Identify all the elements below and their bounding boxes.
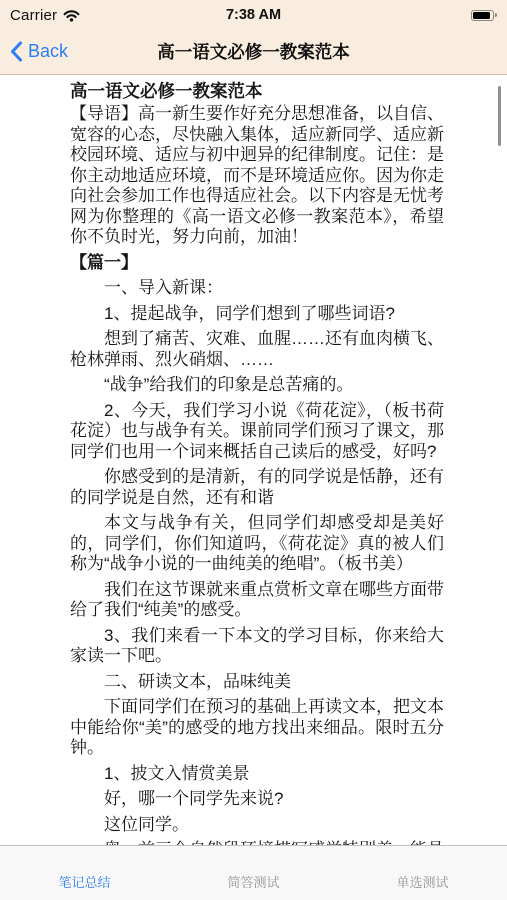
document-paragraph: 好，哪一个同学先来说?	[70, 789, 444, 810]
document-scroll-area[interactable]: 高一语文必修一教案范本 【导语】高一新生要作好充分思想准备，以自信、宽容的心态，…	[0, 75, 507, 845]
back-button-label: Back	[28, 41, 68, 62]
app-window: Carrier 7:38 AM Back 高一语文必修一教案范本 高	[0, 0, 507, 900]
tab-short-answer-test[interactable]: 简答测试	[169, 846, 338, 900]
back-chevron-icon	[10, 41, 22, 62]
document-paragraph: 我们在这节课就来重点赏析文章在哪些方面带给了我们“纯美”的感受。	[70, 580, 444, 621]
document-paragraph: 【篇一】	[70, 253, 444, 274]
document-paragraph: 2、今天，我们学习小说《荷花淀》，（板书荷花淀）也与战争有关。课前同学们预习了课…	[70, 401, 444, 463]
document-paragraph: 1、披文入情赏美景	[70, 764, 444, 785]
document-title: 高一语文必修一教案范本	[70, 81, 444, 102]
tab-notes-summary[interactable]: 笔记总结	[0, 846, 169, 900]
document-paragraph: 本文与战争有关，但同学们却感受却是美好的，同学们，你们知道吗，《荷花淀》真的被人…	[70, 513, 444, 575]
document-paragraph: 想到了痛苦、灾难、血腥……还有血肉横飞、枪林弹雨、烈火硝烟、……	[70, 329, 444, 370]
tab-multiple-choice-test[interactable]: 单选测试	[338, 846, 507, 900]
document-paragraph: 下面同学们在预习的基础上再读文本，把文本中能给你“美”的感受的地方找出来细品。限…	[70, 697, 444, 759]
scrollbar-thumb[interactable]	[498, 86, 502, 146]
page-title: 高一语文必修一教案范本	[157, 39, 350, 64]
document-paragraph: 这位同学。	[70, 815, 444, 836]
document-body: 【导语】高一新生要作好充分思想准备，以自信、宽容的心态，尽快融入集体，适应新同学…	[70, 104, 444, 845]
document-paragraph: 一、导入新课：	[70, 278, 444, 299]
back-button[interactable]: Back	[10, 28, 68, 74]
document-paragraph: “战争”给我们的印象是总苦痛的。	[70, 375, 444, 396]
tab-bar: 笔记总结 简答测试 单选测试	[0, 845, 507, 900]
document-paragraph: 你感受到的是清新，有的同学说是恬静，还有的同学说是自然，还有和谐	[70, 467, 444, 508]
navigation-bar: Back 高一语文必修一教案范本	[0, 28, 507, 75]
status-bar: Carrier 7:38 AM	[0, 0, 507, 28]
document-paragraph: 1、提起战争，同学们想到了哪些词语?	[70, 304, 444, 325]
document-paragraph: 二、研读文本，品味纯美	[70, 672, 444, 693]
status-time: 7:38 AM	[0, 7, 507, 23]
battery-icon	[471, 10, 497, 21]
document-paragraph: 【导语】高一新生要作好充分思想准备，以自信、宽容的心态，尽快融入集体，适应新同学…	[70, 104, 444, 248]
document-paragraph: 3、我们来看一下本文的学习目标，你来给大家读一下吧。	[70, 626, 444, 667]
